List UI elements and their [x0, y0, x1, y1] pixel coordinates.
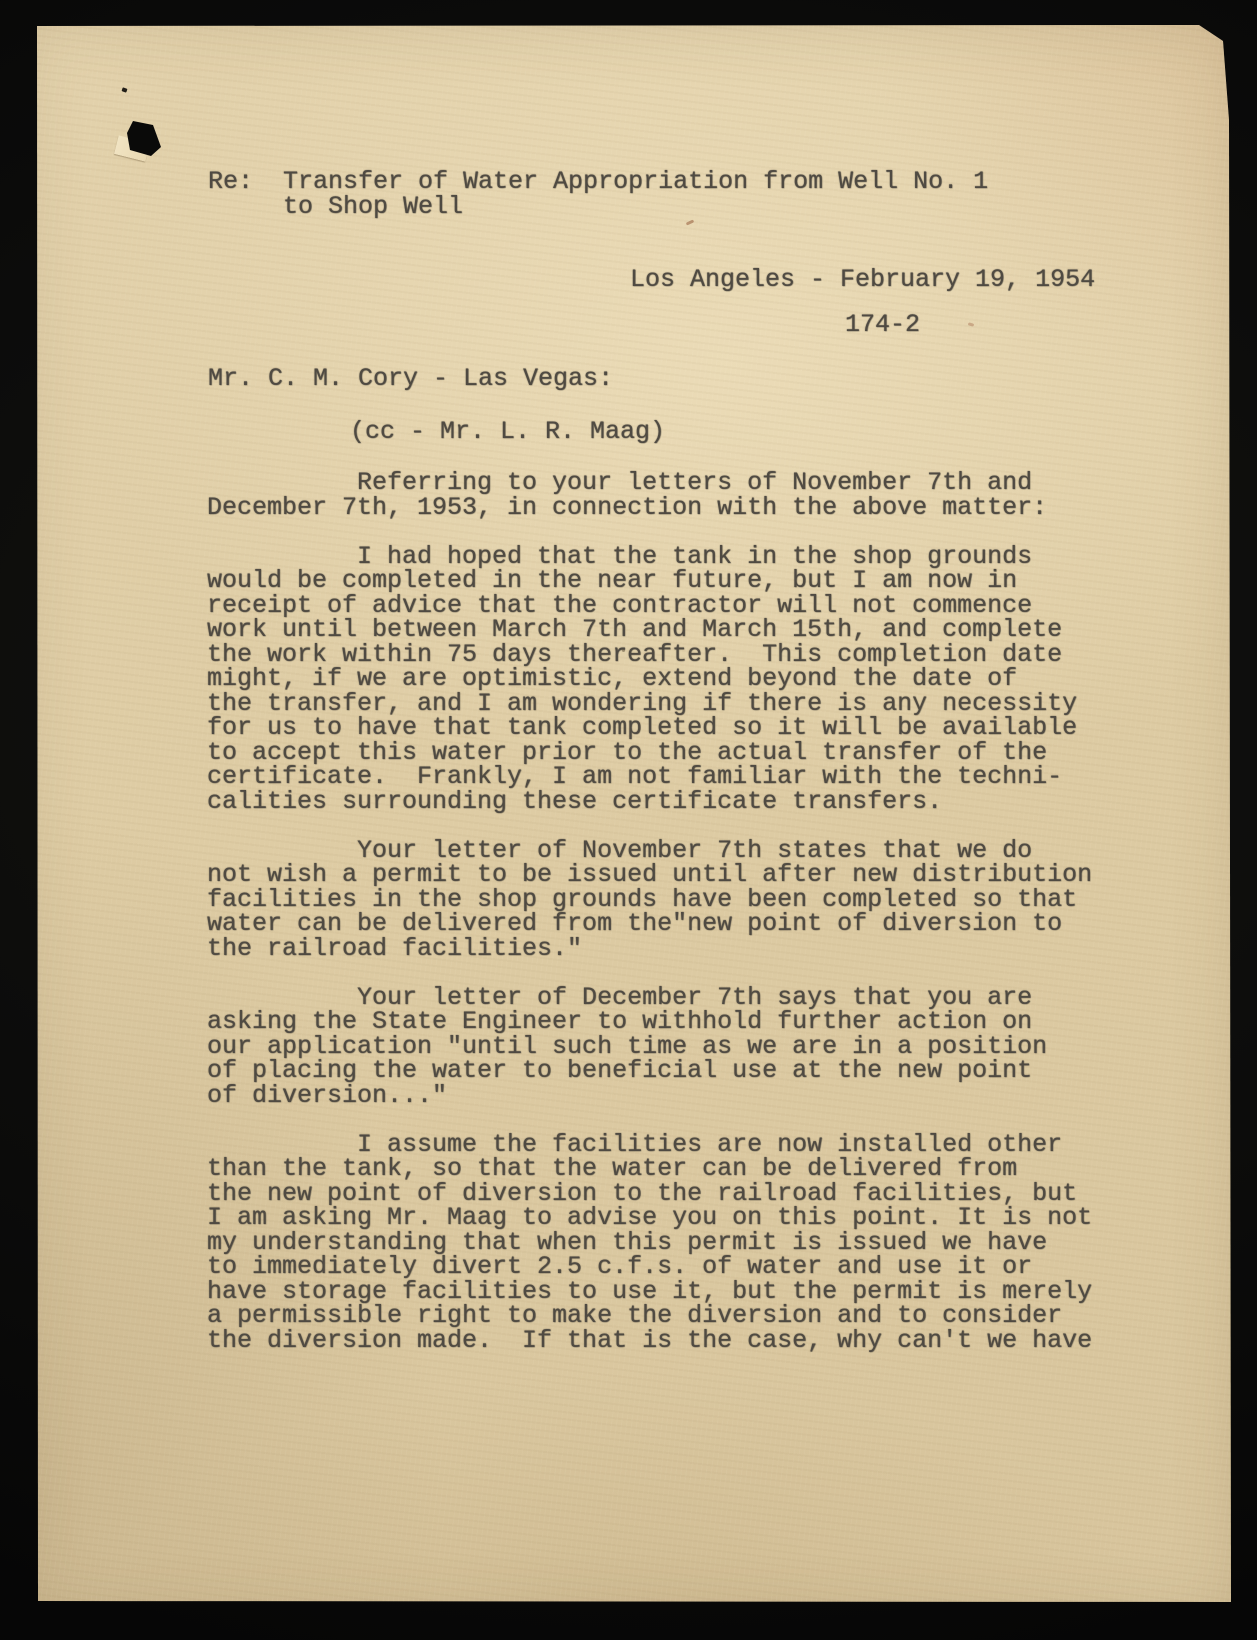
cc-line: (cc - Mr. L. R. Maag) — [350, 420, 665, 445]
subject-line: Re: Transfer of Water Appropriation from… — [208, 170, 988, 219]
paragraph: I had hoped that the tank in the shop gr… — [207, 545, 1092, 815]
paragraph: Your letter of December 7th says that yo… — [207, 986, 1092, 1109]
letter-body: Referring to your letters of November 7t… — [207, 471, 1092, 1378]
ink-speck — [686, 219, 695, 225]
punch-hole-torn-flap — [114, 135, 150, 161]
paragraph: Referring to your letters of November 7t… — [207, 471, 1092, 520]
letter-page: Re: Transfer of Water Appropriation from… — [0, 0, 1257, 1640]
paragraph: I assume the facilities are now installe… — [207, 1133, 1092, 1354]
paragraph: Your letter of November 7th states that … — [207, 839, 1092, 962]
recipient-line: Mr. C. M. Cory - Las Vegas: — [208, 367, 613, 392]
ink-speck — [968, 322, 975, 326]
dateline: Los Angeles - February 19, 1954 — [630, 268, 1095, 293]
file-number: 174-2 — [845, 313, 920, 338]
